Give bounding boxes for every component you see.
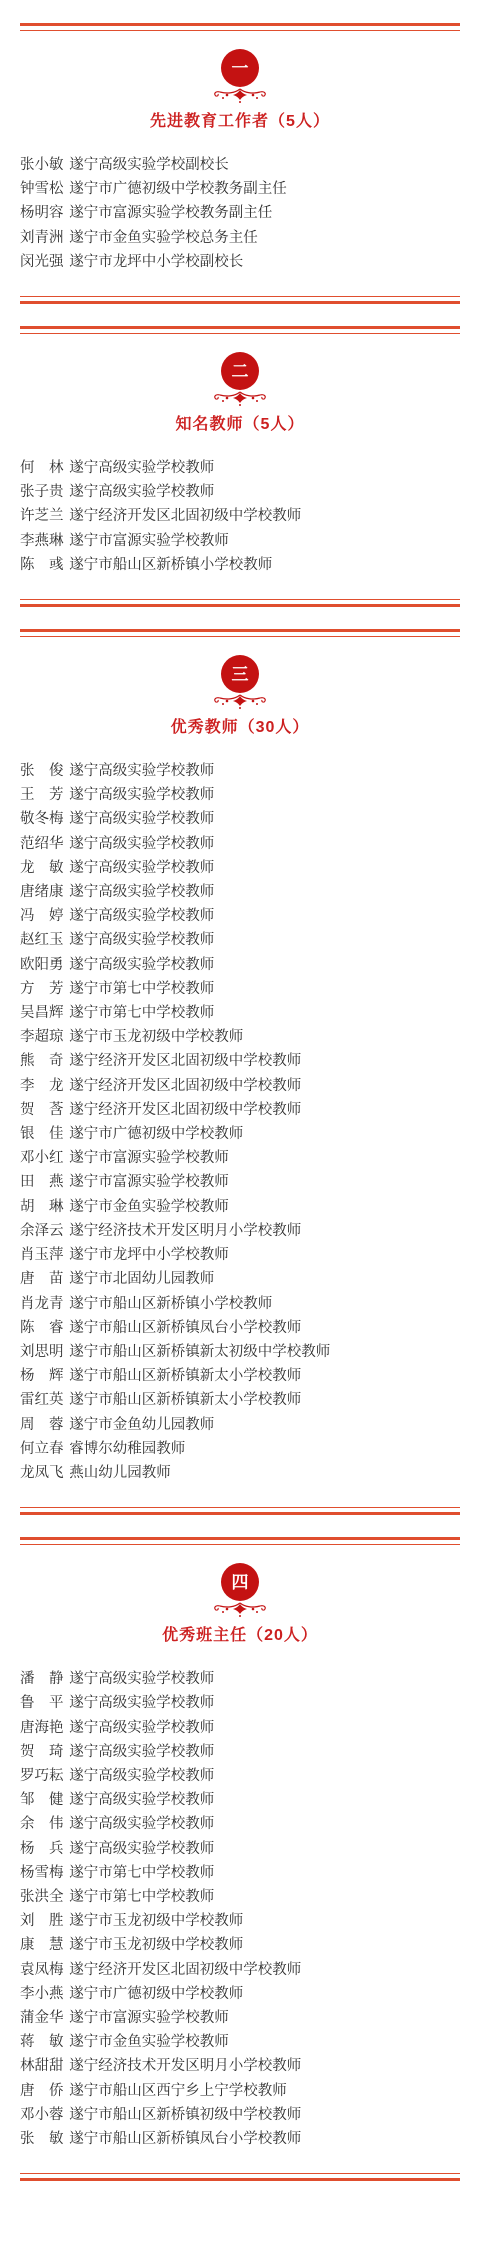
person-affiliation: 遂宁市龙坪中小学校教师	[69, 1247, 229, 1263]
section-title: 先进教育工作者（5人）	[0, 111, 480, 133]
person-row: 王 芳遂宁高级实验学校教师	[20, 783, 460, 807]
person-affiliation: 遂宁高级实验学校教师	[69, 763, 214, 779]
people-list: 张 俊遂宁高级实验学校教师 王 芳遂宁高级实验学校教师 敬冬梅遂宁高级实验学校教…	[0, 759, 480, 1485]
person-affiliation: 遂宁经济开发区北固初级中学校教师	[69, 1053, 301, 1069]
person-affiliation: 遂宁市金鱼实验学校教师	[69, 1199, 229, 1215]
person-affiliation: 遂宁市富源实验学校教师	[69, 1174, 229, 1190]
person-row: 张子贵遂宁高级实验学校教师	[20, 480, 460, 504]
section-bottom-divider	[20, 599, 460, 607]
person-affiliation: 燕山幼儿园教师	[69, 1465, 171, 1481]
person-row: 冯 婷遂宁高级实验学校教师	[20, 904, 460, 928]
person-affiliation: 遂宁高级实验学校教师	[69, 1792, 214, 1808]
person-row: 蒋 敏遂宁市金鱼实验学校教师	[20, 2030, 460, 2054]
person-name: 余泽云	[20, 1219, 64, 1243]
person-name: 鲁 平	[20, 1691, 64, 1715]
award-section-1: 一 先进教育工作者（5人） 张小敏遂宁高级实验学校副校长 钟雪松遂宁市广德初级中…	[0, 23, 480, 304]
person-affiliation: 遂宁市玉龙初级中学校教师	[69, 1913, 243, 1929]
person-affiliation: 遂宁市富源实验学校教师	[69, 533, 229, 549]
person-affiliation: 遂宁市金鱼实验学校教师	[69, 2034, 229, 2050]
person-name: 欧阳勇	[20, 953, 64, 977]
divider-thin-rule	[20, 1507, 460, 1508]
person-affiliation: 遂宁高级实验学校教师	[69, 1816, 214, 1832]
person-affiliation: 遂宁市船山区新桥镇小学校教师	[69, 557, 272, 573]
person-affiliation: 遂宁市富源实验学校教师	[69, 2010, 229, 2026]
person-affiliation: 遂宁经济技术开发区明月小学校教师	[69, 1223, 301, 1239]
person-row: 胡 琳遂宁市金鱼实验学校教师	[20, 1195, 460, 1219]
person-row: 许芝兰遂宁经济开发区北固初级中学校教师	[20, 504, 460, 528]
person-affiliation: 遂宁高级实验学校教师	[69, 932, 214, 948]
person-name: 肖龙青	[20, 1292, 64, 1316]
person-name: 杨明容	[20, 201, 64, 225]
person-affiliation: 遂宁高级实验学校教师	[69, 1768, 214, 1784]
badge-circle: 四	[221, 1563, 259, 1601]
person-row: 刘青洲遂宁市金鱼实验学校总务主任	[20, 226, 460, 250]
person-row: 李超琼遂宁市玉龙初级中学校教师	[20, 1025, 460, 1049]
section-bottom-divider	[20, 296, 460, 304]
person-affiliation: 遂宁市船山区新桥镇凤台小学校教师	[69, 2131, 301, 2147]
person-name: 吴昌辉	[20, 1001, 64, 1025]
person-name: 余 伟	[20, 1812, 64, 1836]
person-row: 钟雪松遂宁市广德初级中学校教务副主任	[20, 177, 460, 201]
person-affiliation: 遂宁高级实验学校教师	[69, 1744, 214, 1760]
person-row: 田 燕遂宁市富源实验学校教师	[20, 1170, 460, 1194]
section-top-divider	[20, 629, 460, 637]
section-title: 优秀教师（30人）	[0, 717, 480, 739]
award-section-4: 四 优秀班主任（20人） 潘 静遂宁高级实验学校教师 鲁 平遂宁高级实验学校教师…	[0, 1537, 480, 2181]
person-name: 陈 彧	[20, 553, 64, 577]
person-row: 唐海艳遂宁高级实验学校教师	[20, 1716, 460, 1740]
section-top-divider	[20, 23, 460, 31]
person-name: 贺 莟	[20, 1098, 64, 1122]
person-name: 贺 琦	[20, 1740, 64, 1764]
award-section-3: 三 优秀教师（30人） 张 俊遂宁高级实验学校教师 王 芳遂宁高级实验学校教师 …	[0, 629, 480, 1515]
person-affiliation: 遂宁高级实验学校教师	[69, 787, 214, 803]
person-row: 李燕琳遂宁市富源实验学校教师	[20, 529, 460, 553]
person-affiliation: 遂宁市玉龙初级中学校教师	[69, 1029, 243, 1045]
section-title: 知名教师（5人）	[0, 414, 480, 436]
person-affiliation: 遂宁高级实验学校副校长	[69, 157, 229, 173]
person-affiliation: 遂宁高级实验学校教师	[69, 1671, 214, 1687]
person-name: 杨雪梅	[20, 1861, 64, 1885]
person-row: 闵光强遂宁市龙坪中小学校副校长	[20, 250, 460, 274]
divider-thick-rule	[20, 629, 460, 632]
person-affiliation: 遂宁市船山区新桥镇新太小学校教师	[69, 1368, 301, 1384]
section-title: 优秀班主任（20人）	[0, 1625, 480, 1647]
person-affiliation: 遂宁经济技术开发区明月小学校教师	[69, 2058, 301, 2074]
person-affiliation: 遂宁经济开发区北固初级中学校教师	[69, 508, 301, 524]
person-affiliation: 遂宁高级实验学校教师	[69, 460, 214, 476]
person-row: 赵红玉遂宁高级实验学校教师	[20, 928, 460, 952]
person-row: 雷红英遂宁市船山区新桥镇新太小学校教师	[20, 1388, 460, 1412]
person-row: 陈 彧遂宁市船山区新桥镇小学校教师	[20, 553, 460, 577]
person-name: 龙 敏	[20, 856, 64, 880]
person-name: 陈 睿	[20, 1316, 64, 1340]
person-affiliation: 遂宁高级实验学校教师	[69, 1695, 214, 1711]
person-affiliation: 遂宁经济开发区北固初级中学校教师	[69, 1962, 301, 1978]
person-row: 陈 睿遂宁市船山区新桥镇凤台小学校教师	[20, 1316, 460, 1340]
person-name: 张小敏	[20, 153, 64, 177]
person-row: 贺 琦遂宁高级实验学校教师	[20, 1740, 460, 1764]
person-row: 肖龙青遂宁市船山区新桥镇小学校教师	[20, 1292, 460, 1316]
person-row: 杨明容遂宁市富源实验学校教务副主任	[20, 201, 460, 225]
section-number-text: 一	[232, 60, 249, 77]
person-name: 田 燕	[20, 1170, 64, 1194]
person-name: 李燕琳	[20, 529, 64, 553]
person-row: 刘思明遂宁市船山区新桥镇新太初级中学校教师	[20, 1340, 460, 1364]
person-name: 刘青洲	[20, 226, 64, 250]
section-number-badge: 二	[0, 352, 480, 406]
person-row: 张小敏遂宁高级实验学校副校长	[20, 153, 460, 177]
person-affiliation: 遂宁经济开发区北固初级中学校教师	[69, 1078, 301, 1094]
person-affiliation: 遂宁市船山区新桥镇初级中学校教师	[69, 2107, 301, 2123]
person-affiliation: 遂宁高级实验学校教师	[69, 860, 214, 876]
divider-thick-rule	[20, 604, 460, 607]
section-number-text: 四	[232, 1574, 249, 1591]
divider-thin-rule	[20, 2173, 460, 2174]
person-name: 龙凤飞	[20, 1461, 64, 1485]
person-name: 李 龙	[20, 1074, 64, 1098]
person-name: 许芝兰	[20, 504, 64, 528]
person-row: 潘 静遂宁高级实验学校教师	[20, 1667, 460, 1691]
person-name: 杨 辉	[20, 1364, 64, 1388]
person-row: 李 龙遂宁经济开发区北固初级中学校教师	[20, 1074, 460, 1098]
person-row: 张洪全遂宁市第七中学校教师	[20, 1885, 460, 1909]
people-list: 张小敏遂宁高级实验学校副校长 钟雪松遂宁市广德初级中学校教务副主任 杨明容遂宁市…	[0, 153, 480, 274]
person-row: 吴昌辉遂宁市第七中学校教师	[20, 1001, 460, 1025]
divider-thin-rule	[20, 30, 460, 31]
person-row: 罗巧耘遂宁高级实验学校教师	[20, 1764, 460, 1788]
person-row: 杨 辉遂宁市船山区新桥镇新太小学校教师	[20, 1364, 460, 1388]
person-name: 银 佳	[20, 1122, 64, 1146]
person-name: 闵光强	[20, 250, 64, 274]
section-bottom-divider	[20, 1507, 460, 1515]
person-row: 敬冬梅遂宁高级实验学校教师	[20, 807, 460, 831]
person-affiliation: 遂宁市第七中学校教师	[69, 1889, 214, 1905]
person-row: 张 俊遂宁高级实验学校教师	[20, 759, 460, 783]
person-row: 林甜甜遂宁经济技术开发区明月小学校教师	[20, 2054, 460, 2078]
flourish-ornament-icon	[213, 1602, 267, 1617]
person-name: 敬冬梅	[20, 807, 64, 831]
person-name: 林甜甜	[20, 2054, 64, 2078]
person-name: 张 敏	[20, 2127, 64, 2151]
sections-container: 一 先进教育工作者（5人） 张小敏遂宁高级实验学校副校长 钟雪松遂宁市广德初级中…	[0, 23, 480, 2181]
person-row: 周 蓉遂宁市金鱼幼儿园教师	[20, 1413, 460, 1437]
person-name: 肖玉萍	[20, 1243, 64, 1267]
person-name: 唐海艳	[20, 1716, 64, 1740]
divider-thin-rule	[20, 1544, 460, 1545]
person-row: 刘 胜遂宁市玉龙初级中学校教师	[20, 1909, 460, 1933]
person-affiliation: 遂宁高级实验学校教师	[69, 836, 214, 852]
person-name: 方 芳	[20, 977, 64, 1001]
person-affiliation: 遂宁市金鱼实验学校总务主任	[69, 230, 258, 246]
person-row: 贺 莟遂宁经济开发区北固初级中学校教师	[20, 1098, 460, 1122]
divider-thick-rule	[20, 23, 460, 26]
person-name: 王 芳	[20, 783, 64, 807]
person-affiliation: 遂宁市富源实验学校教务副主任	[69, 205, 272, 221]
person-row: 张 敏遂宁市船山区新桥镇凤台小学校教师	[20, 2127, 460, 2151]
people-list: 何 林遂宁高级实验学校教师 张子贵遂宁高级实验学校教师 许芝兰遂宁经济开发区北固…	[0, 456, 480, 577]
section-number-text: 三	[232, 666, 249, 683]
divider-thick-rule	[20, 1512, 460, 1515]
person-name: 熊 奇	[20, 1049, 64, 1073]
person-affiliation: 遂宁市广德初级中学校教师	[69, 1126, 243, 1142]
person-affiliation: 遂宁市第七中学校教师	[69, 1865, 214, 1881]
flourish-ornament-icon	[213, 88, 267, 103]
person-row: 余泽云遂宁经济技术开发区明月小学校教师	[20, 1219, 460, 1243]
person-affiliation: 遂宁市船山区新桥镇新太小学校教师	[69, 1392, 301, 1408]
divider-thin-rule	[20, 296, 460, 297]
person-affiliation: 遂宁市广德初级中学校教务副主任	[69, 181, 287, 197]
section-number-text: 二	[232, 363, 249, 380]
person-name: 赵红玉	[20, 928, 64, 952]
person-name: 蒋 敏	[20, 2030, 64, 2054]
person-name: 何 林	[20, 456, 64, 480]
person-affiliation: 遂宁市船山区新桥镇凤台小学校教师	[69, 1320, 301, 1336]
badge-circle: 二	[221, 352, 259, 390]
section-top-divider	[20, 1537, 460, 1545]
person-affiliation: 遂宁市富源实验学校教师	[69, 1150, 229, 1166]
person-affiliation: 遂宁高级实验学校教师	[69, 811, 214, 827]
person-name: 邹 健	[20, 1788, 64, 1812]
divider-thin-rule	[20, 333, 460, 334]
person-row: 唐 苗遂宁市北固幼儿园教师	[20, 1267, 460, 1291]
section-number-badge: 四	[0, 1563, 480, 1617]
person-row: 龙凤飞燕山幼儿园教师	[20, 1461, 460, 1485]
person-row: 唐 侨遂宁市船山区西宁乡上宁学校教师	[20, 2079, 460, 2103]
person-row: 邹 健遂宁高级实验学校教师	[20, 1788, 460, 1812]
person-name: 张子贵	[20, 480, 64, 504]
person-name: 唐 侨	[20, 2079, 64, 2103]
person-affiliation: 遂宁市玉龙初级中学校教师	[69, 1937, 243, 1953]
person-affiliation: 遂宁高级实验学校教师	[69, 957, 214, 973]
person-row: 蒲金华遂宁市富源实验学校教师	[20, 2006, 460, 2030]
person-row: 肖玉萍遂宁市龙坪中小学校教师	[20, 1243, 460, 1267]
person-affiliation: 遂宁高级实验学校教师	[69, 484, 214, 500]
person-name: 唐 苗	[20, 1267, 64, 1291]
award-section-2: 二 知名教师（5人） 何 林遂宁高级实验学校教师 张子贵遂宁高级实验学校教师 许…	[0, 326, 480, 607]
section-number-badge: 一	[0, 49, 480, 103]
person-row: 杨雪梅遂宁市第七中学校教师	[20, 1861, 460, 1885]
person-affiliation: 遂宁市船山区新桥镇新太初级中学校教师	[69, 1344, 330, 1360]
person-name: 范绍华	[20, 832, 64, 856]
person-row: 杨 兵遂宁高级实验学校教师	[20, 1837, 460, 1861]
person-name: 张洪全	[20, 1885, 64, 1909]
person-name: 刘 胜	[20, 1909, 64, 1933]
person-affiliation: 遂宁市第七中学校教师	[69, 1005, 214, 1021]
person-name: 李超琼	[20, 1025, 64, 1049]
person-row: 银 佳遂宁市广德初级中学校教师	[20, 1122, 460, 1146]
people-list: 潘 静遂宁高级实验学校教师 鲁 平遂宁高级实验学校教师 唐海艳遂宁高级实验学校教…	[0, 1667, 480, 2151]
person-name: 罗巧耘	[20, 1764, 64, 1788]
divider-thick-rule	[20, 326, 460, 329]
person-affiliation: 遂宁市北固幼儿园教师	[69, 1271, 214, 1287]
person-row: 欧阳勇遂宁高级实验学校教师	[20, 953, 460, 977]
person-row: 邓小蓉遂宁市船山区新桥镇初级中学校教师	[20, 2103, 460, 2127]
person-affiliation: 睿博尔幼稚园教师	[69, 1441, 185, 1457]
person-name: 邓小蓉	[20, 2103, 64, 2127]
person-row: 熊 奇遂宁经济开发区北固初级中学校教师	[20, 1049, 460, 1073]
person-row: 何 林遂宁高级实验学校教师	[20, 456, 460, 480]
section-top-divider	[20, 326, 460, 334]
divider-thick-rule	[20, 2178, 460, 2181]
person-affiliation: 遂宁高级实验学校教师	[69, 1841, 214, 1857]
person-name: 康 慧	[20, 1933, 64, 1957]
person-name: 冯 婷	[20, 904, 64, 928]
flourish-ornament-icon	[213, 694, 267, 709]
person-row: 龙 敏遂宁高级实验学校教师	[20, 856, 460, 880]
person-name: 胡 琳	[20, 1195, 64, 1219]
person-row: 何立春睿博尔幼稚园教师	[20, 1437, 460, 1461]
person-affiliation: 遂宁市广德初级中学校教师	[69, 1986, 243, 2002]
person-affiliation: 遂宁经济开发区北固初级中学校教师	[69, 1102, 301, 1118]
divider-thick-rule	[20, 1537, 460, 1540]
award-list-page: 一 先进教育工作者（5人） 张小敏遂宁高级实验学校副校长 钟雪松遂宁市广德初级中…	[0, 0, 480, 2247]
person-name: 潘 静	[20, 1667, 64, 1691]
flourish-ornament-icon	[213, 391, 267, 406]
person-name: 钟雪松	[20, 177, 64, 201]
person-name: 唐绪康	[20, 880, 64, 904]
person-affiliation: 遂宁市第七中学校教师	[69, 981, 214, 997]
person-name: 雷红英	[20, 1388, 64, 1412]
person-row: 邓小红遂宁市富源实验学校教师	[20, 1146, 460, 1170]
person-name: 何立春	[20, 1437, 64, 1461]
person-row: 范绍华遂宁高级实验学校教师	[20, 832, 460, 856]
person-name: 刘思明	[20, 1340, 64, 1364]
person-affiliation: 遂宁高级实验学校教师	[69, 1720, 214, 1736]
person-name: 周 蓉	[20, 1413, 64, 1437]
person-affiliation: 遂宁市船山区新桥镇小学校教师	[69, 1296, 272, 1312]
person-affiliation: 遂宁高级实验学校教师	[69, 908, 214, 924]
person-affiliation: 遂宁市船山区西宁乡上宁学校教师	[69, 2083, 287, 2099]
person-name: 邓小红	[20, 1146, 64, 1170]
person-name: 袁凤梅	[20, 1958, 64, 1982]
person-affiliation: 遂宁高级实验学校教师	[69, 884, 214, 900]
person-row: 袁凤梅遂宁经济开发区北固初级中学校教师	[20, 1958, 460, 1982]
divider-thin-rule	[20, 599, 460, 600]
section-number-badge: 三	[0, 655, 480, 709]
person-affiliation: 遂宁市金鱼幼儿园教师	[69, 1417, 214, 1433]
person-name: 李小燕	[20, 1982, 64, 2006]
person-row: 余 伟遂宁高级实验学校教师	[20, 1812, 460, 1836]
person-row: 康 慧遂宁市玉龙初级中学校教师	[20, 1933, 460, 1957]
badge-circle: 一	[221, 49, 259, 87]
divider-thin-rule	[20, 636, 460, 637]
person-affiliation: 遂宁市龙坪中小学校副校长	[69, 254, 243, 270]
person-row: 鲁 平遂宁高级实验学校教师	[20, 1691, 460, 1715]
badge-circle: 三	[221, 655, 259, 693]
person-row: 唐绪康遂宁高级实验学校教师	[20, 880, 460, 904]
person-row: 李小燕遂宁市广德初级中学校教师	[20, 1982, 460, 2006]
person-row: 方 芳遂宁市第七中学校教师	[20, 977, 460, 1001]
person-name: 杨 兵	[20, 1837, 64, 1861]
section-bottom-divider	[20, 2173, 460, 2181]
person-name: 张 俊	[20, 759, 64, 783]
divider-thick-rule	[20, 301, 460, 304]
person-name: 蒲金华	[20, 2006, 64, 2030]
